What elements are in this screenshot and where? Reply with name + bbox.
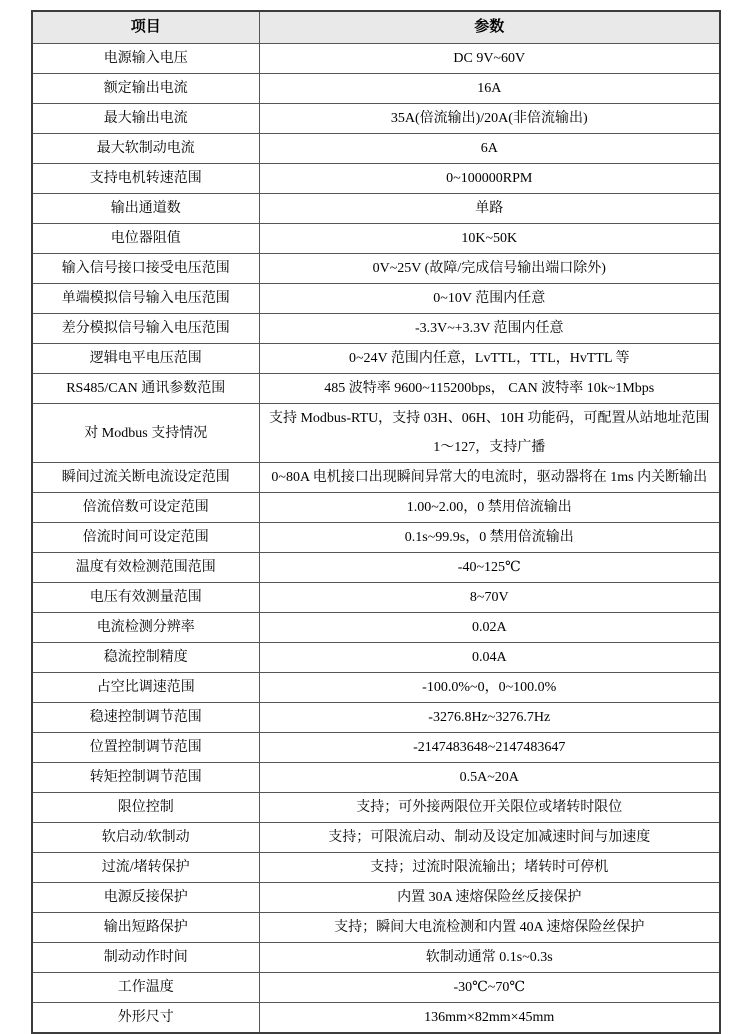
param-cell: 0~80A 电机接口出现瞬间异常大的电流时，驱动器将在 1ms 内关断输出 [259,463,720,493]
item-cell: 电源输入电压 [32,44,259,74]
param-cell: 0.04A [259,643,720,673]
param-cell: 0V~25V (故障/完成信号输出端口除外) [259,254,720,284]
item-cell: 额定输出电流 [32,74,259,104]
item-cell: 差分模拟信号输入电压范围 [32,314,259,344]
param-cell: 16A [259,74,720,104]
item-cell: 单端模拟信号输入电压范围 [32,284,259,314]
table-row: 电流检测分辨率0.02A [32,613,720,643]
item-cell: 转矩控制调节范围 [32,763,259,793]
param-cell: 内置 30A 速熔保险丝反接保护 [259,883,720,913]
param-cell: 1.00~2.00，0 禁用倍流输出 [259,493,720,523]
param-cell: 485 波特率 9600~115200bps， CAN 波特率 10k~1Mbp… [259,374,720,404]
item-cell: 限位控制 [32,793,259,823]
table-row: 倍流时间可设定范围0.1s~99.9s，0 禁用倍流输出 [32,523,720,553]
param-cell: -40~125℃ [259,553,720,583]
param-cell: -3.3V~+3.3V 范围内任意 [259,314,720,344]
table-row: 最大软制动电流6A [32,134,720,164]
table-row: 温度有效检测范围范围-40~125℃ [32,553,720,583]
item-cell: 稳速控制调节范围 [32,703,259,733]
table-row: 电位器阻值10K~50K [32,224,720,254]
item-cell: 电压有效测量范围 [32,583,259,613]
item-cell: 对 Modbus 支持情况 [32,404,259,463]
param-cell: 136mm×82mm×45mm [259,1003,720,1034]
param-cell: -30℃~70℃ [259,973,720,1003]
param-cell: -3276.8Hz~3276.7Hz [259,703,720,733]
param-cell: 35A(倍流输出)/20A(非倍流输出) [259,104,720,134]
table-row: 过流/堵转保护支持；过流时限流输出；堵转时可停机 [32,853,720,883]
spec-table-body: 电源输入电压DC 9V~60V额定输出电流16A最大输出电流35A(倍流输出)/… [32,44,720,1034]
param-cell: 支持；过流时限流输出；堵转时可停机 [259,853,720,883]
param-cell: 8~70V [259,583,720,613]
header-row: 项目 参数 [32,11,720,44]
item-cell: 电位器阻值 [32,224,259,254]
item-cell: 输出短路保护 [32,913,259,943]
item-cell: 工作温度 [32,973,259,1003]
header-param: 参数 [259,11,720,44]
table-row: 单端模拟信号输入电压范围0~10V 范围内任意 [32,284,720,314]
param-cell: 支持；瞬间大电流检测和内置 40A 速熔保险丝保护 [259,913,720,943]
table-row: 瞬间过流关断电流设定范围0~80A 电机接口出现瞬间异常大的电流时，驱动器将在 … [32,463,720,493]
param-cell: -2147483648~2147483647 [259,733,720,763]
table-row: 制动动作时间软制动通常 0.1s~0.3s [32,943,720,973]
item-cell: 过流/堵转保护 [32,853,259,883]
table-row: 输出短路保护支持；瞬间大电流检测和内置 40A 速熔保险丝保护 [32,913,720,943]
header-item: 项目 [32,11,259,44]
table-row: 软启动/软制动支持；可限流启动、制动及设定加减速时间与加速度 [32,823,720,853]
item-cell: 温度有效检测范围范围 [32,553,259,583]
item-cell: 稳流控制精度 [32,643,259,673]
table-row: 对 Modbus 支持情况支持 Modbus-RTU，支持 03H、06H、10… [32,404,720,463]
item-cell: 瞬间过流关断电流设定范围 [32,463,259,493]
param-cell: 支持；可限流启动、制动及设定加减速时间与加速度 [259,823,720,853]
param-cell: DC 9V~60V [259,44,720,74]
param-cell: -100.0%~0，0~100.0% [259,673,720,703]
table-row: 输入信号接口接受电压范围0V~25V (故障/完成信号输出端口除外) [32,254,720,284]
table-row: 转矩控制调节范围0.5A~20A [32,763,720,793]
param-cell: 0~100000RPM [259,164,720,194]
item-cell: 软启动/软制动 [32,823,259,853]
item-cell: 输出通道数 [32,194,259,224]
table-row: 支持电机转速范围0~100000RPM [32,164,720,194]
table-row: 位置控制调节范围-2147483648~2147483647 [32,733,720,763]
item-cell: 最大软制动电流 [32,134,259,164]
item-cell: 支持电机转速范围 [32,164,259,194]
table-row: 外形尺寸136mm×82mm×45mm [32,1003,720,1034]
item-cell: 倍流时间可设定范围 [32,523,259,553]
table-row: 最大输出电流35A(倍流输出)/20A(非倍流输出) [32,104,720,134]
item-cell: 最大输出电流 [32,104,259,134]
table-row: 倍流倍数可设定范围1.00~2.00，0 禁用倍流输出 [32,493,720,523]
table-row: 逻辑电平电压范围0~24V 范围内任意，LvTTL，TTL，HvTTL 等 [32,344,720,374]
item-cell: RS485/CAN 通讯参数范围 [32,374,259,404]
item-cell: 占空比调速范围 [32,673,259,703]
table-row: 占空比调速范围-100.0%~0，0~100.0% [32,673,720,703]
param-cell: 0.1s~99.9s，0 禁用倍流输出 [259,523,720,553]
param-cell: 6A [259,134,720,164]
table-row: RS485/CAN 通讯参数范围485 波特率 9600~115200bps， … [32,374,720,404]
item-cell: 输入信号接口接受电压范围 [32,254,259,284]
item-cell: 逻辑电平电压范围 [32,344,259,374]
table-row: 稳速控制调节范围-3276.8Hz~3276.7Hz [32,703,720,733]
param-cell: 支持 Modbus-RTU，支持 03H、06H、10H 功能码，可配置从站地址… [259,404,720,463]
table-row: 电源输入电压DC 9V~60V [32,44,720,74]
item-cell: 电流检测分辨率 [32,613,259,643]
param-cell: 10K~50K [259,224,720,254]
item-cell: 倍流倍数可设定范围 [32,493,259,523]
param-cell: 0~10V 范围内任意 [259,284,720,314]
item-cell: 外形尺寸 [32,1003,259,1034]
param-cell: 0.02A [259,613,720,643]
item-cell: 位置控制调节范围 [32,733,259,763]
spec-table: 项目 参数 电源输入电压DC 9V~60V额定输出电流16A最大输出电流35A(… [31,10,721,1034]
table-row: 输出通道数单路 [32,194,720,224]
table-row: 限位控制支持；可外接两限位开关限位或堵转时限位 [32,793,720,823]
table-row: 稳流控制精度0.04A [32,643,720,673]
table-row: 差分模拟信号输入电压范围-3.3V~+3.3V 范围内任意 [32,314,720,344]
table-row: 工作温度-30℃~70℃ [32,973,720,1003]
param-cell: 单路 [259,194,720,224]
param-cell: 0.5A~20A [259,763,720,793]
param-cell: 支持；可外接两限位开关限位或堵转时限位 [259,793,720,823]
table-row: 额定输出电流16A [32,74,720,104]
item-cell: 电源反接保护 [32,883,259,913]
table-row: 电源反接保护内置 30A 速熔保险丝反接保护 [32,883,720,913]
table-row: 电压有效测量范围8~70V [32,583,720,613]
param-cell: 0~24V 范围内任意，LvTTL，TTL，HvTTL 等 [259,344,720,374]
param-cell: 软制动通常 0.1s~0.3s [259,943,720,973]
item-cell: 制动动作时间 [32,943,259,973]
